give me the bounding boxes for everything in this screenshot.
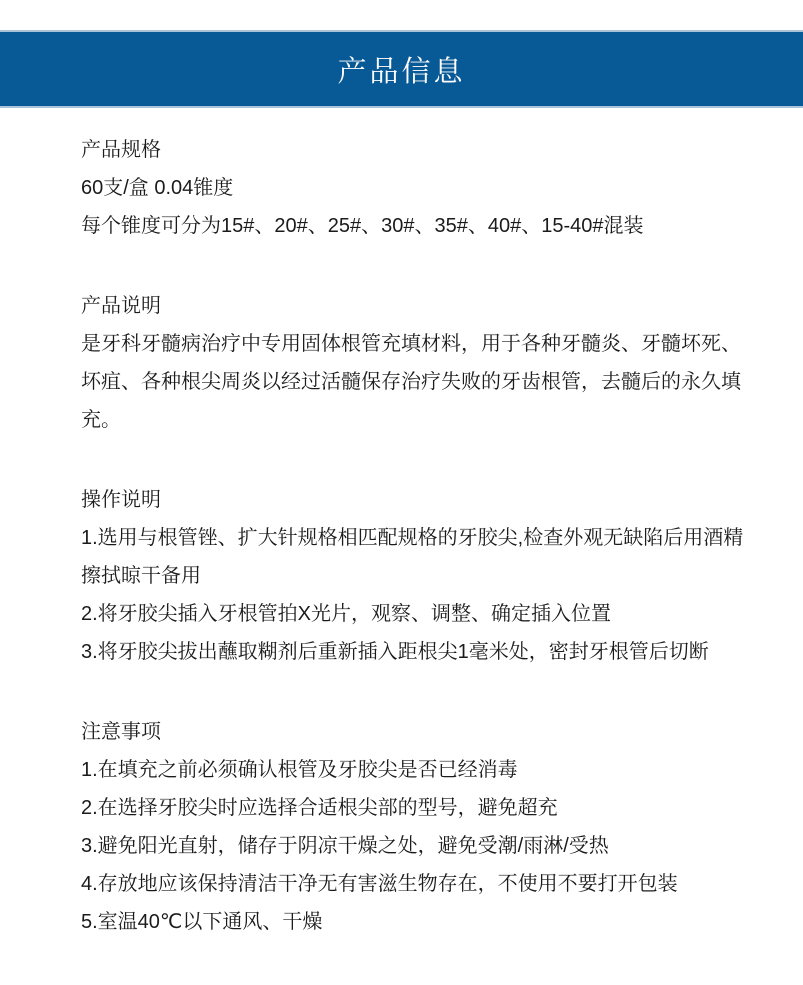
section-heading: 操作说明 bbox=[81, 481, 745, 519]
section-operation-instructions: 操作说明 1.选用与根管锉、扩大针规格相匹配规格的牙胶尖,检查外观无缺陷后用酒精… bbox=[81, 481, 745, 671]
spec-line: 每个锥度可分为15#、20#、25#、30#、35#、40#、15-40#混装 bbox=[81, 207, 745, 245]
instruction-step: 2.将牙胶尖插入牙根管拍X光片，观察、调整、确定插入位置 bbox=[81, 595, 745, 633]
section-heading: 产品说明 bbox=[81, 287, 745, 325]
section-precautions: 注意事项 1.在填充之前必须确认根管及牙胶尖是否已经消毒 2.在选择牙胶尖时应选… bbox=[81, 713, 745, 941]
precaution-item: 2.在选择牙胶尖时应选择合适根尖部的型号，避免超充 bbox=[81, 789, 745, 827]
product-info-content: 产品规格 60支/盒 0.04锥度 每个锥度可分为15#、20#、25#、30#… bbox=[0, 108, 803, 941]
instruction-step: 3.将牙胶尖拔出蘸取糊剂后重新插入距根尖1毫米处，密封牙根管后切断 bbox=[81, 633, 745, 671]
spec-line: 60支/盒 0.04锥度 bbox=[81, 169, 745, 207]
precaution-item: 5.室温40℃以下通风、干燥 bbox=[81, 903, 745, 941]
page-title: 产品信息 bbox=[337, 49, 465, 90]
section-heading: 产品规格 bbox=[81, 131, 745, 169]
precaution-item: 4.存放地应该保持清洁干净无有害滋生物存在，不使用不要打开包装 bbox=[81, 865, 745, 903]
precaution-item: 3.避免阳光直射，储存于阴凉干燥之处，避免受潮/雨淋/受热 bbox=[81, 827, 745, 865]
section-product-specs: 产品规格 60支/盒 0.04锥度 每个锥度可分为15#、20#、25#、30#… bbox=[81, 131, 745, 245]
instruction-step: 1.选用与根管锉、扩大针规格相匹配规格的牙胶尖,检查外观无缺陷后用酒精擦拭晾干备… bbox=[81, 519, 745, 595]
description-paragraph: 是牙科牙髓病治疗中专用固体根管充填材料，用于各种牙髓炎、牙髓坏死、坏疽、各种根尖… bbox=[81, 325, 745, 439]
precaution-item: 1.在填充之前必须确认根管及牙胶尖是否已经消毒 bbox=[81, 751, 745, 789]
page-header: 产品信息 bbox=[0, 30, 803, 108]
section-heading: 注意事项 bbox=[81, 713, 745, 751]
section-product-description: 产品说明 是牙科牙髓病治疗中专用固体根管充填材料，用于各种牙髓炎、牙髓坏死、坏疽… bbox=[81, 287, 745, 439]
